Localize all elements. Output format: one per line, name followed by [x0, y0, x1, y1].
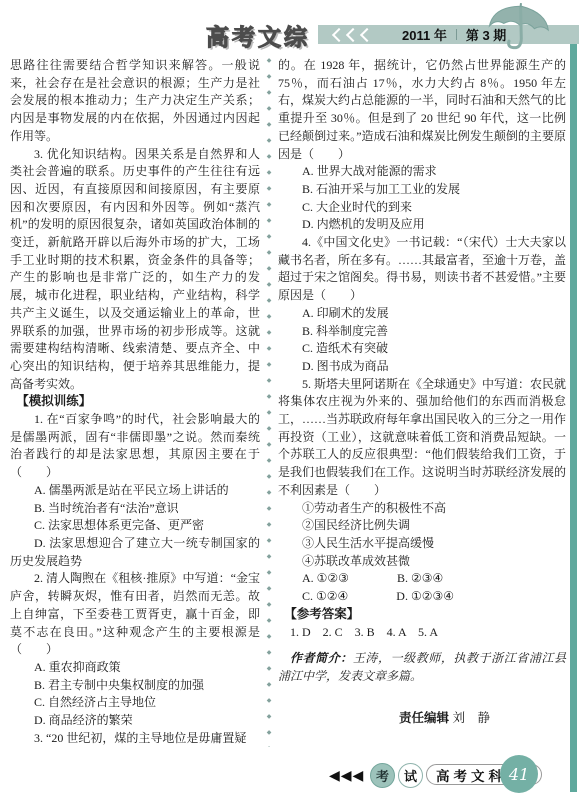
option: B. 石油开采与加工工业的发展: [278, 181, 566, 199]
author-bio: 作者简介：王涛，一级教师，执教于浙江省浦江县浦江中学，发表文章多篇。: [278, 650, 566, 685]
brand-circle-second: 试: [398, 763, 423, 788]
option: B. 君主专制中央集权制度的加强: [10, 677, 260, 695]
question: 2. 清人陶煦在《租核·推原》中写道：“金宝庐舍，转瞬灰烬，惟有田者，岿然而无恙…: [10, 570, 260, 659]
issue-year: 2011 年: [402, 25, 447, 44]
statement-item: ②国民经济比例失调: [278, 517, 566, 535]
magazine-masthead-title: 高考文综: [206, 19, 310, 52]
right-column: 的。在 1928 年，据统计，它仍然占世界能源生产的 75％，而石油占 17％，…: [278, 57, 566, 747]
editor-name: 刘 静: [452, 711, 490, 725]
page-number-badge: 41: [500, 755, 538, 793]
option: A. 重农抑商政策: [10, 659, 260, 677]
option: D. 商品经济的繁荣: [10, 712, 260, 730]
option: C. 大企业时代的到来: [278, 199, 566, 217]
statement-item: ③人民生活水平提高缓慢: [278, 535, 566, 553]
chevron-icon: [346, 27, 360, 41]
section-heading: 【模拟训练】: [10, 393, 260, 411]
paragraph: 3. 优化知识结构。因果关系是自然界和人类社会普遍的联系。历史事件的产生往往有远…: [10, 146, 260, 394]
column-divider-ornament: ◆◆◆◆◆◆◆◆◆◆◆◆◆◆◆◆◆◆◆◆◆◆◆◆◆◆◆◆◆◆◆◆◆◆◆◆◆◆◆◆…: [260, 57, 278, 747]
paragraph: 的。在 1928 年，据统计，它仍然占世界能源生产的 75％，而石油占 17％，…: [278, 57, 566, 163]
issue-separator: [456, 29, 457, 40]
option-pair: A. ①②③ B. ②③④: [278, 570, 566, 588]
chevron-left-icons: [334, 30, 376, 40]
option: C. 自然经济占主导地位: [10, 694, 260, 712]
option: B. 当时统治者有“法治”意识: [10, 500, 260, 518]
statement-item: ①劳动者生产的积极性不高: [278, 500, 566, 518]
section-heading: 【参考答案】: [278, 606, 566, 624]
option: A. 世界大战对能源的需求: [278, 163, 566, 181]
article-body: 思路往往需要结合哲学知识来解答。一般说来，社会存在是社会意识的根源；生产力是社会…: [10, 57, 566, 747]
option: A. 印刷术的发展: [278, 305, 566, 323]
editor-label: 责任编辑: [399, 711, 449, 725]
question: 3. “20 世纪初，煤的主导地位是毋庸置疑: [10, 730, 260, 748]
paragraph: 思路往往需要结合哲学知识来解答。一般说来，社会存在是社会意识的根源；生产力是社会…: [10, 57, 260, 146]
option: B. 科举制度完善: [278, 323, 566, 341]
umbrella-icon: [479, 0, 557, 65]
option: A. 儒墨两派是站在平民立场上讲话的: [10, 482, 260, 500]
author-bio-label: 作者简介：: [290, 651, 353, 665]
option: D. 法家思想迎合了建立大一统专制国家的历史发展趋势: [10, 535, 260, 570]
statement-item: ④苏联改革成效甚微: [278, 553, 566, 571]
option: C. 法家思想体系更完备、更严密: [10, 517, 260, 535]
option-pair: C. ①②④ D. ①②③④: [278, 588, 566, 606]
question: 5. 斯塔夫里阿诺斯在《全球通史》中写道：农民就将集体农庄视为外来的、强加给他们…: [278, 376, 566, 500]
option: C. 造纸术有突破: [278, 340, 566, 358]
left-column: 思路往往需要结合哲学知识来解答。一般说来，社会存在是社会意识的根源；生产力是社会…: [10, 57, 260, 747]
option: D. 图书成为商品: [278, 358, 566, 376]
footer-arrows-icon: ◀◀◀: [329, 768, 364, 784]
option: D. 内燃机的发明及应用: [278, 216, 566, 234]
question: 1. 在“百家争鸣”的时代，社会影响最大的是儒墨两派，固有“非儒即墨”之说。然而…: [10, 411, 260, 482]
answer-key: 1. D 2. C 3. B 4. A 5. A: [278, 624, 566, 642]
brand-circle-first: 考: [370, 763, 395, 788]
responsible-editor: 责任编辑 刘 静: [278, 710, 566, 728]
question: 4.《中国文化史》一书记载：“（宋代）士大夫家以藏书名者，所在多有。……其最富者…: [278, 234, 566, 305]
chevron-icon: [360, 27, 374, 41]
page-edge-bar: [570, 44, 577, 792]
chevron-icon: [332, 27, 346, 41]
